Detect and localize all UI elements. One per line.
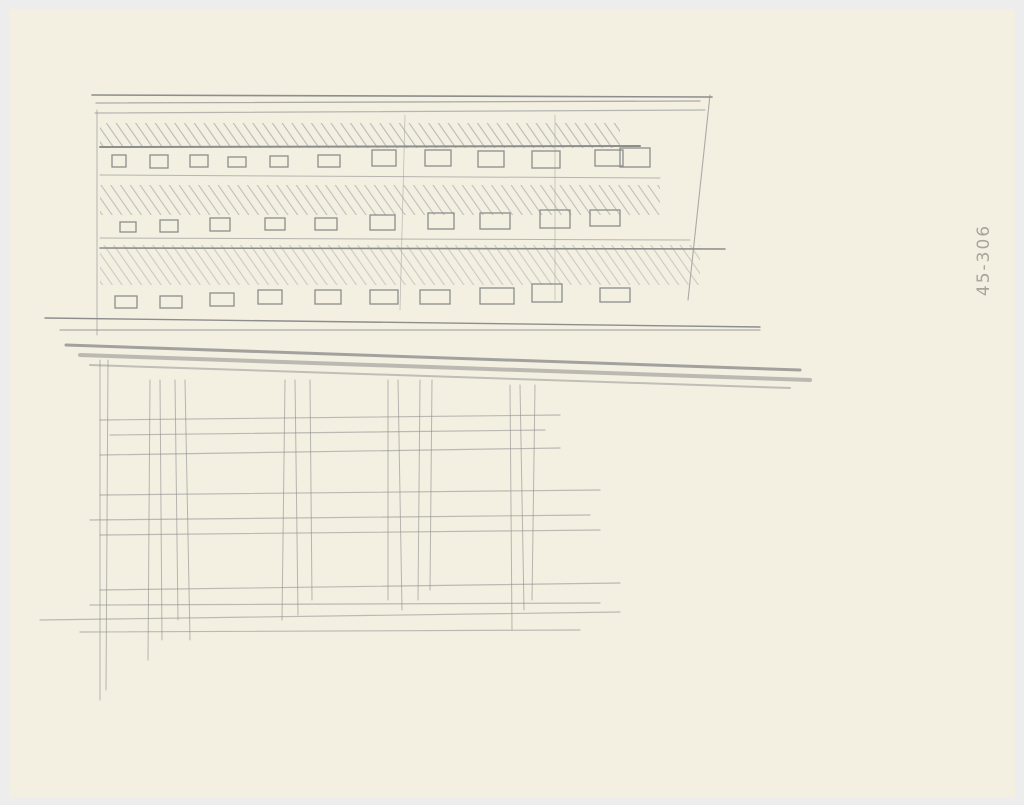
catalog-annotation: 45-306 <box>974 224 994 296</box>
building-facade-sketch <box>0 0 1024 805</box>
